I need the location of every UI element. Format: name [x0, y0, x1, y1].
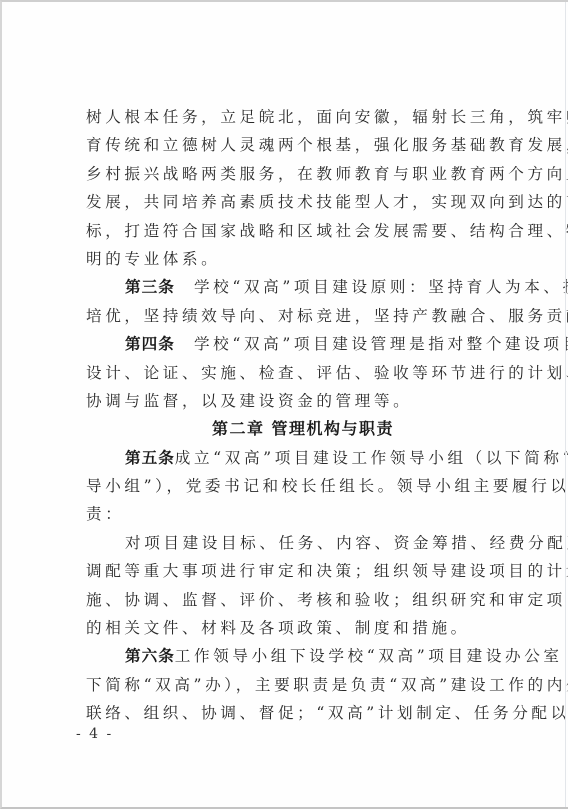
text-line: 对项目建设目标、任务、内容、资金筹措、经费分配及人员 [86, 529, 500, 557]
chapter-heading: 第二章 管理机构与职责 [86, 415, 500, 443]
document-page: 树人根本任务，立足皖北，面向安徽，辐射长三角，筑牢师范教 育传统和立德树人灵魂两… [0, 0, 568, 809]
article-4-text: 学校“双高”项目建设管理是指对整个建设项目的 [175, 335, 568, 353]
article-4: 第四条 学校“双高”项目建设管理是指对整个建设项目的 [86, 330, 500, 358]
article-6-number: 第六条 [125, 647, 175, 665]
text-line: 育传统和立德树人灵魂两个根基，强化服务基础教育发展，服务 [86, 131, 500, 159]
text-line: 发展，共同培养高素质技术技能型人才，实现双向到达的育人目 [86, 188, 500, 216]
article-3-text: 学校“双高”项目建设原则：坚持育人为本、提质 [175, 278, 568, 296]
text-line: 调配等重大事项进行审定和决策；组织领导建设项目的计划、实 [86, 557, 500, 585]
text-line: 乡村振兴战略两类服务，在教师教育与职业教育两个方向上协同 [86, 160, 500, 188]
article-4-number: 第四条 [125, 335, 175, 353]
text-line: 下简称“双高”办），主要职责是负责“双高”建设工作的内外 [86, 671, 500, 699]
article-6-text: 工作领导小组下设学校“双高”项目建设办公室（以 [175, 647, 568, 665]
text-line: 导小组”），党委书记和校长任组长。领导小组主要履行以下职 [86, 472, 500, 500]
text-line: 责： [86, 500, 500, 528]
page-number: - 4 - [76, 726, 113, 742]
text-line: 施、协调、监督、评价、考核和验收；组织研究和审定项目建设 [86, 586, 500, 614]
text-line: 的相关文件、材料及各项政策、制度和措施。 [86, 614, 500, 642]
text-line: 明的专业体系。 [86, 245, 500, 273]
article-5: 第五条成立“双高”项目建设工作领导小组（以下简称“领 [86, 444, 500, 472]
article-3: 第三条 学校“双高”项目建设原则：坚持育人为本、提质 [86, 273, 500, 301]
text-line: 联络、组织、协调、督促；“双高”计划制定、任务分配以及对 [86, 699, 500, 727]
article-5-number: 第五条 [125, 449, 175, 467]
article-5-text: 成立“双高”项目建设工作领导小组（以下简称“领 [175, 449, 568, 467]
article-3-number: 第三条 [125, 278, 175, 296]
text-line: 协调与监督，以及建设资金的管理等。 [86, 387, 500, 415]
document-body: 树人根本任务，立足皖北，面向安徽，辐射长三角，筑牢师范教 育传统和立德树人灵魂两… [86, 103, 500, 728]
text-line: 培优，坚持绩效导向、对标竞进，坚持产教融合、服务贡献。 [86, 302, 500, 330]
text-line: 标，打造符合国家战略和区域社会发展需要、结构合理、特色鲜 [86, 217, 500, 245]
text-line: 树人根本任务，立足皖北，面向安徽，辐射长三角，筑牢师范教 [86, 103, 500, 131]
article-6: 第六条工作领导小组下设学校“双高”项目建设办公室（以 [86, 642, 500, 670]
text-line: 设计、论证、实施、检查、评估、验收等环节进行的计划、组织、 [86, 359, 500, 387]
